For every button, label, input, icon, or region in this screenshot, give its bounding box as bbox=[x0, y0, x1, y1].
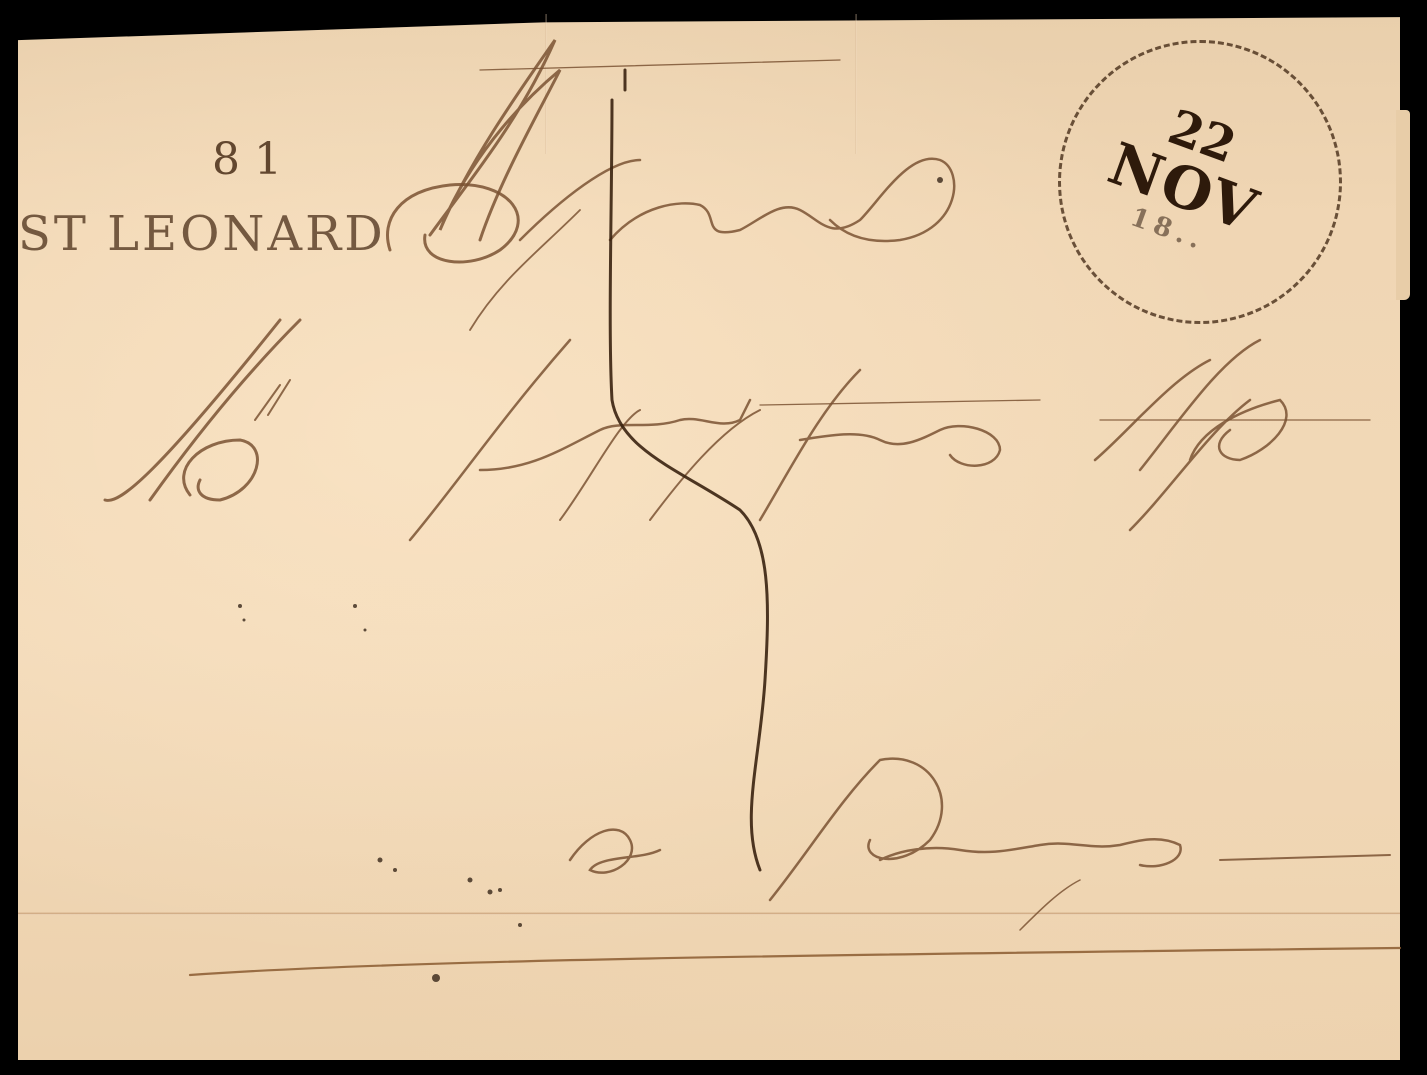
handwriting-layer bbox=[0, 0, 1427, 1075]
address-destination: à Bordeaux bbox=[580, 830, 586, 831]
address-recipient: Mess. Zolagnay Frères & Cie bbox=[110, 420, 125, 421]
rate-mark: 5 bbox=[620, 500, 621, 501]
address-salutation: Messieurs bbox=[430, 180, 435, 181]
